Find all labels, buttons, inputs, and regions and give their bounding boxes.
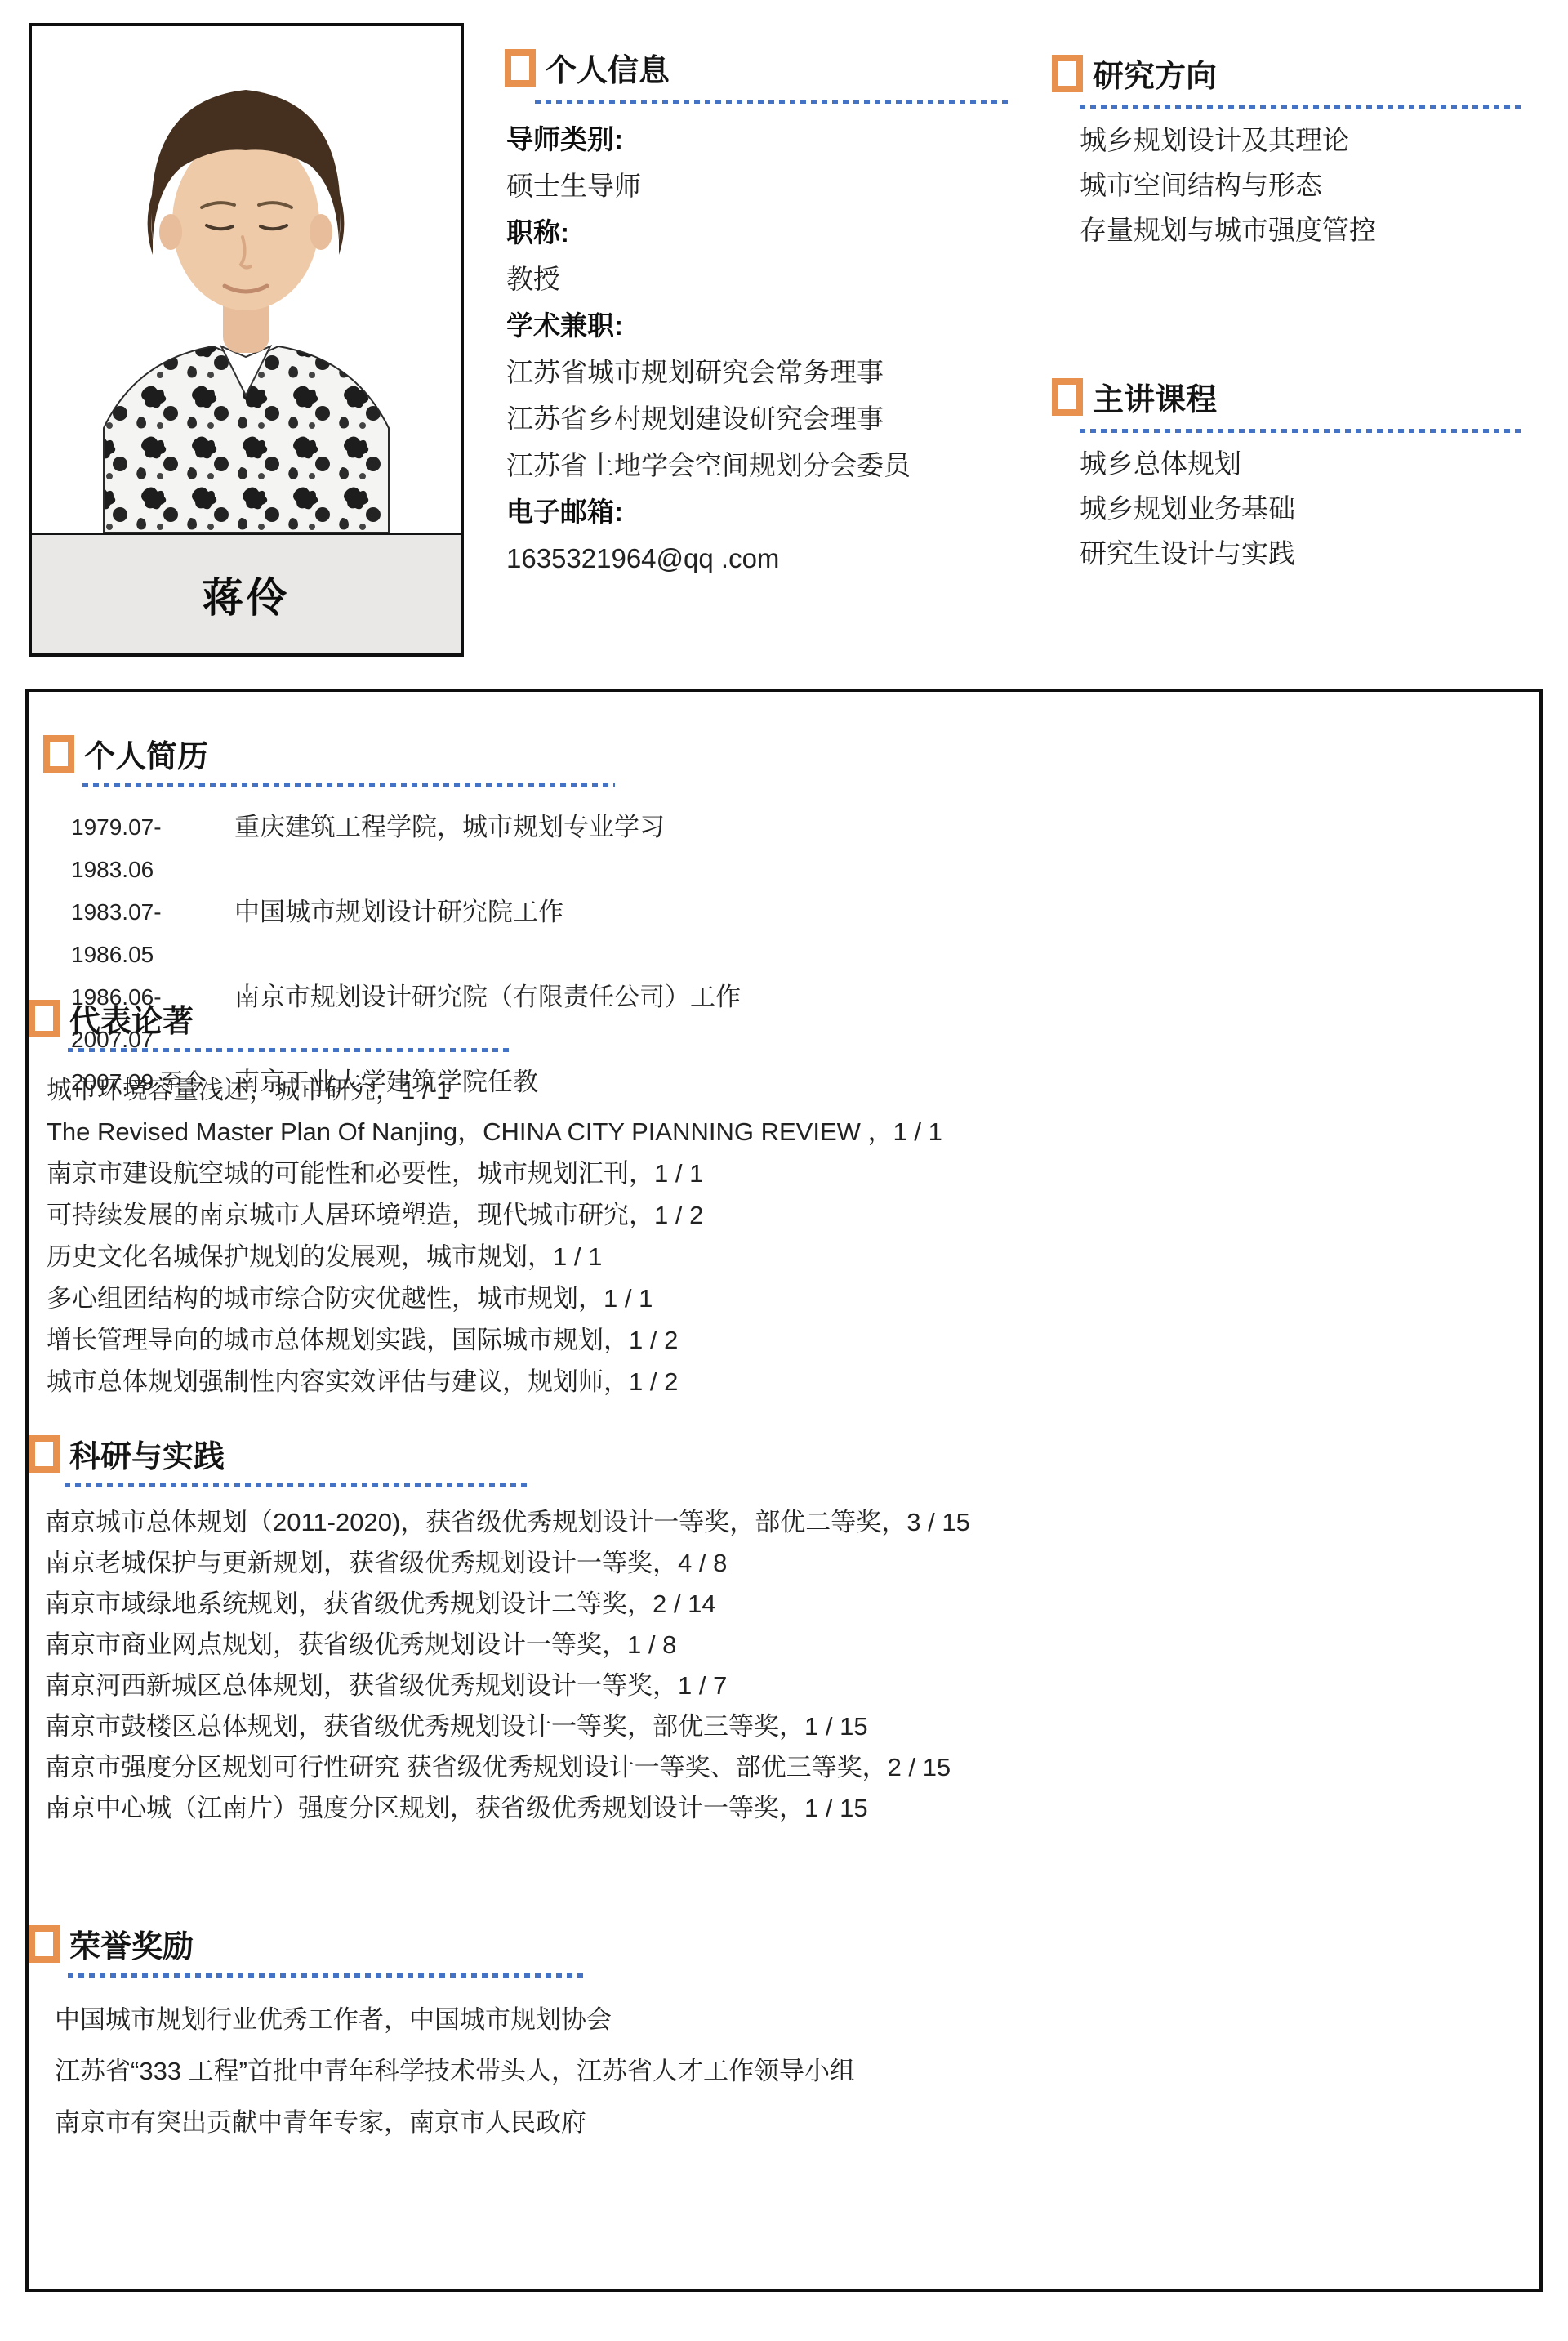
academic-posts-label: 学术兼职: [506, 302, 1045, 349]
timeline-row: 1979.07-1983.06 重庆建筑工程学院，城市规划专业学习 [71, 806, 741, 891]
section-title-personal-info: 个人信息 [546, 45, 670, 90]
section-title-research: 研究方向 [1093, 51, 1217, 96]
dotted-divider [68, 1973, 586, 1978]
section-title-honors: 荣誉奖励 [69, 1921, 194, 1966]
orange-square-icon [1052, 55, 1083, 92]
academic-post-item: 江苏省土地学会空间规划分会委员 [506, 442, 1045, 488]
resume-timeline: 1979.07-1983.06 重庆建筑工程学院，城市规划专业学习 1983.0… [71, 806, 741, 1104]
orange-square-icon [29, 1925, 60, 1963]
dotted-divider [68, 1048, 513, 1052]
publications-list: 城市环境容量浅述，城市研究，1 / 1The Revised Master Pl… [47, 1069, 942, 1402]
dotted-divider [535, 100, 1013, 104]
section-courses-header: 主讲课程 [1052, 374, 1217, 419]
section-honors-header: 荣誉奖励 [29, 1921, 194, 1966]
practice-item: 南京市商业网点规划，获省级优秀规划设计一等奖，1 / 8 [45, 1625, 970, 1665]
main-content-box: 个人简历 1979.07-1983.06 重庆建筑工程学院，城市规划专业学习 1… [25, 689, 1543, 2292]
publication-item: 增长管理导向的城市总体规划实践，国际城市规划，1 / 2 [47, 1319, 942, 1361]
timeline-period: 1979.07-1983.06 [71, 806, 234, 891]
section-resume-header: 个人简历 [43, 731, 208, 776]
dotted-divider [1080, 429, 1521, 433]
section-personal-info-header: 个人信息 [505, 45, 670, 90]
practice-item: 南京市强度分区规划可行性研究 获省级优秀规划设计一等奖、部优三等奖，2 / 15 [45, 1747, 970, 1788]
dotted-divider [82, 783, 615, 787]
research-direction-item: 存量规划与城市强度管控 [1080, 207, 1376, 252]
orange-square-icon [1052, 378, 1083, 416]
honor-item: 中国城市规划行业优秀工作者，中国城市规划协会 [55, 1994, 855, 2045]
course-item: 研究生设计与实践 [1080, 531, 1295, 576]
portrait-photo [32, 26, 461, 533]
publication-item: 城市环境容量浅述，城市研究，1 / 1 [47, 1069, 942, 1111]
timeline-row: 1983.07-1986.05 中国城市规划设计研究院工作 [71, 891, 741, 976]
tutor-type-label: 导师类别: [506, 116, 1045, 163]
practice-item: 南京河西新城区总体规划，获省级优秀规划设计一等奖，1 / 7 [45, 1665, 970, 1706]
orange-square-icon [505, 49, 536, 87]
email-label: 电子邮箱: [506, 488, 1045, 535]
name-strip: 蒋伶 [32, 533, 461, 653]
honor-item: 江苏省“333 工程”首批中青年科学技术带头人，江苏省人才工作领导小组 [55, 2045, 855, 2097]
practice-item: 南京市域绿地系统规划，获省级优秀规划设计二等奖，2 / 14 [45, 1584, 970, 1625]
practice-item: 南京老城保护与更新规划，获省级优秀规划设计一等奖，4 / 8 [45, 1543, 970, 1584]
timeline-description: 重庆建筑工程学院，城市规划专业学习 [234, 806, 665, 891]
publication-item: 可持续发展的南京城市人居环境塑造，现代城市研究，1 / 2 [47, 1194, 942, 1236]
timeline-period: 1983.07-1986.05 [71, 891, 234, 976]
publication-item: 多心组团结构的城市综合防灾优越性，城市规划，1 / 1 [47, 1278, 942, 1319]
research-directions-list: 城乡规划设计及其理论城市空间结构与形态存量规划与城市强度管控 [1080, 118, 1376, 252]
publication-item: 南京市建设航空城的可能性和必要性，城市规划汇刊，1 / 1 [47, 1153, 942, 1194]
section-title-courses: 主讲课程 [1093, 374, 1217, 419]
email-value: 1635321964@qq .com [506, 535, 1045, 582]
section-research-header: 研究方向 [1052, 51, 1217, 96]
faculty-profile-page: 蒋伶 个人信息 导师类别: 硕士生导师 职称: 教授 学术兼职: 江苏省城市规划… [0, 0, 1568, 2341]
tutor-type-value: 硕士生导师 [506, 163, 1045, 209]
photo-card: 蒋伶 [29, 23, 464, 657]
section-title-publications: 代表论著 [69, 996, 194, 1041]
personal-info-rows: 导师类别: 硕士生导师 职称: 教授 学术兼职: 江苏省城市规划研究会常务理事江… [506, 116, 1045, 582]
practice-item: 南京中心城（江南片）强度分区规划，获省级优秀规划设计一等奖，1 / 15 [45, 1788, 970, 1829]
rank-label: 职称: [506, 209, 1045, 256]
academic-posts-list: 江苏省城市规划研究会常务理事江苏省乡村规划建设研究会理事江苏省土地学会空间规划分… [506, 349, 1045, 488]
research-direction-item: 城市空间结构与形态 [1080, 163, 1376, 207]
academic-post-item: 江苏省乡村规划建设研究会理事 [506, 395, 1045, 442]
rank-value: 教授 [506, 256, 1045, 302]
orange-square-icon [43, 735, 74, 773]
research-direction-item: 城乡规划设计及其理论 [1080, 118, 1376, 163]
publication-item: 城市总体规划强制性内容实效评估与建议，规划师，1 / 2 [47, 1361, 942, 1402]
section-publications-header: 代表论著 [29, 996, 194, 1041]
practice-item: 南京市鼓楼区总体规划，获省级优秀规划设计一等奖，部优三等奖，1 / 15 [45, 1706, 970, 1747]
honor-item: 南京市有突出贡献中青年专家，南京市人民政府 [55, 2097, 855, 2148]
dotted-divider [65, 1483, 530, 1487]
section-practice-header: 科研与实践 [29, 1431, 225, 1476]
publication-item: The Revised Master Plan Of Nanjing，CHINA… [47, 1111, 942, 1153]
section-title-practice: 科研与实践 [69, 1431, 225, 1476]
dotted-divider [1080, 105, 1521, 109]
timeline-description: 中国城市规划设计研究院工作 [234, 891, 563, 976]
practice-list: 南京城市总体规划（2011-2020)，获省级优秀规划设计一等奖，部优二等奖，3… [45, 1502, 970, 1829]
academic-post-item: 江苏省城市规划研究会常务理事 [506, 349, 1045, 395]
course-item: 城乡总体规划 [1080, 441, 1295, 486]
person-name: 蒋伶 [203, 565, 291, 624]
portrait-photo-icon [32, 26, 461, 533]
publication-item: 历史文化名城保护规划的发展观，城市规划，1 / 1 [47, 1236, 942, 1278]
course-item: 城乡规划业务基础 [1080, 486, 1295, 531]
orange-square-icon [29, 1435, 60, 1473]
courses-list: 城乡总体规划城乡规划业务基础研究生设计与实践 [1080, 441, 1295, 576]
orange-square-icon [29, 1000, 60, 1037]
section-title-resume: 个人简历 [84, 731, 208, 776]
practice-item: 南京城市总体规划（2011-2020)，获省级优秀规划设计一等奖，部优二等奖，3… [45, 1502, 970, 1543]
honors-list: 中国城市规划行业优秀工作者，中国城市规划协会江苏省“333 工程”首批中青年科学… [55, 1994, 855, 2148]
